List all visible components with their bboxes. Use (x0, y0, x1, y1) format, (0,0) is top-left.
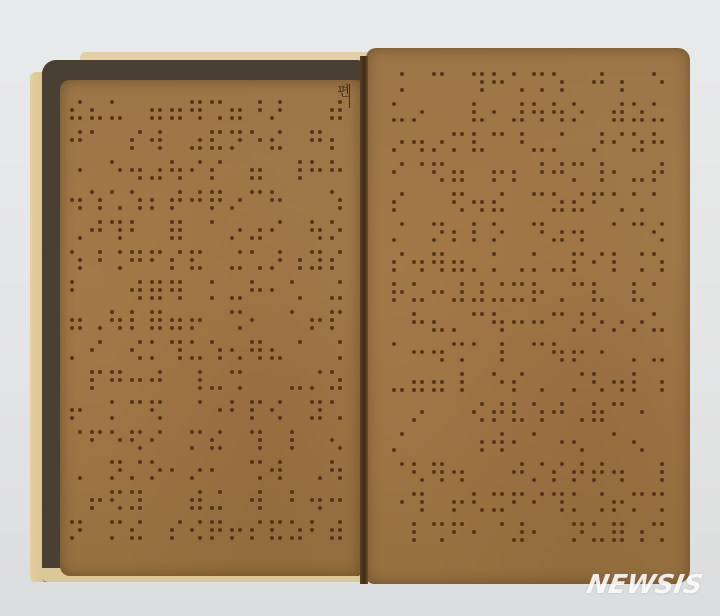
photo-scene: 편 NEWSIS (0, 0, 720, 616)
right-braille-page (366, 48, 690, 584)
handwritten-note: 편 (334, 84, 348, 97)
newsis-watermark: NEWSIS (584, 570, 705, 600)
pencil-mark (349, 84, 350, 108)
book-spine (360, 56, 368, 584)
left-braille-page (60, 80, 360, 576)
